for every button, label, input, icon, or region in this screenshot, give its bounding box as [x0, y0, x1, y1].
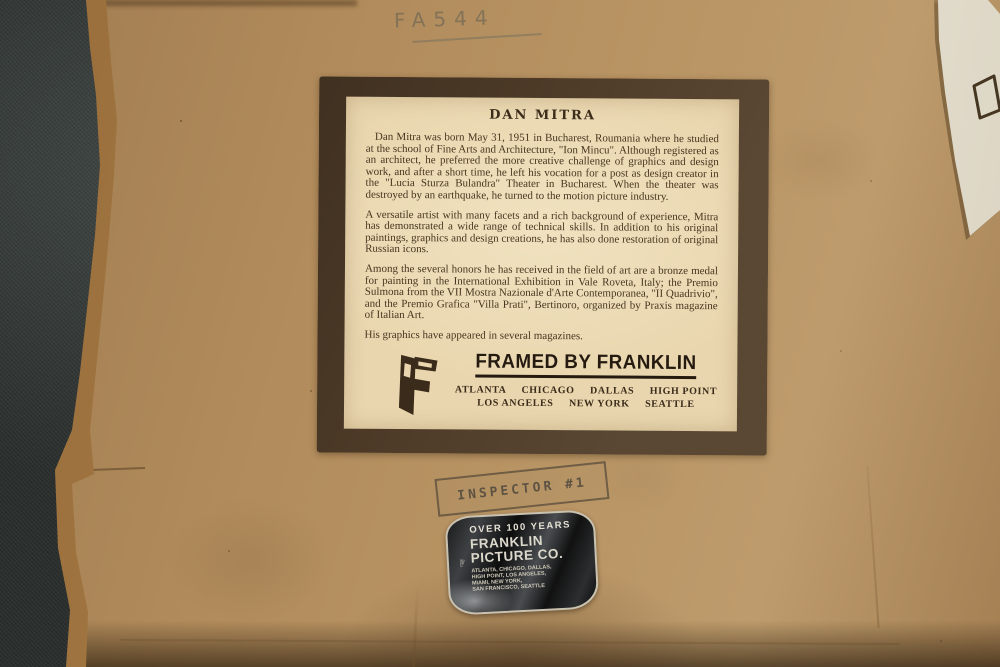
sticker-f-logo-icon	[458, 540, 466, 586]
sticker-text-column: FRANKLIN PICTURE CO. ATLANTA, CHICAGO, D…	[470, 532, 591, 604]
cities-line: LOS ANGELES NEW YORK SEATTLE	[455, 396, 717, 411]
bio-paragraph: His graphics have appeared in several ma…	[364, 330, 717, 344]
paper-crease	[120, 639, 900, 645]
paper-specks	[180, 120, 182, 122]
artist-bio-label-paper: DAN MITRA Dan Mitra was born May 31, 195…	[344, 97, 739, 432]
artist-bio-label: DAN MITRA Dan Mitra was born May 31, 195…	[317, 76, 770, 455]
sticker-cities: ATLANTA, CHICAGO, DALLAS, HIGH POINT, LO…	[471, 563, 552, 592]
franklin-picture-co-sticker: OVER 100 YEARS FRANKLIN PICTURE CO. ATLA…	[445, 509, 600, 616]
cities-line: ATLANTA CHICAGO DALLAS HIGH POINT	[455, 383, 717, 398]
hanger-wire-loop	[966, 72, 1000, 122]
paper-crease	[866, 466, 879, 628]
framed-by-franklin-text: FRAMED BY FRANKLIN	[476, 350, 697, 379]
franklin-f-logo-icon	[388, 349, 441, 417]
bio-paragraph: Among the several honors he has received…	[365, 264, 718, 324]
bio-paragraph: A versatile artist with many facets and …	[365, 209, 718, 258]
top-edge-shadow	[102, 0, 357, 6]
sticker-body: FRANKLIN PICTURE CO. ATLANTA, CHICAGO, D…	[448, 529, 597, 605]
bio-paragraph: Dan Mitra was born May 31, 1951 in Bucha…	[365, 132, 718, 204]
paper-crease	[412, 586, 419, 667]
photo-frame-back: FA544 DAN MITRA Dan Mitra was born May 3…	[0, 0, 1000, 667]
brand-text-column: FRAMED BY FRANKLIN ATLANTA CHICAGO DALLA…	[455, 350, 718, 411]
label-title: DAN MITRA	[366, 107, 719, 124]
handwritten-inventory-number: FA544	[394, 5, 496, 32]
franklin-brand-block: FRAMED BY FRANKLIN ATLANTA CHICAGO DALLA…	[388, 349, 717, 419]
inspector-stamp-text: INSPECTOR #1	[457, 475, 588, 503]
paper-tear-crack	[90, 467, 145, 471]
